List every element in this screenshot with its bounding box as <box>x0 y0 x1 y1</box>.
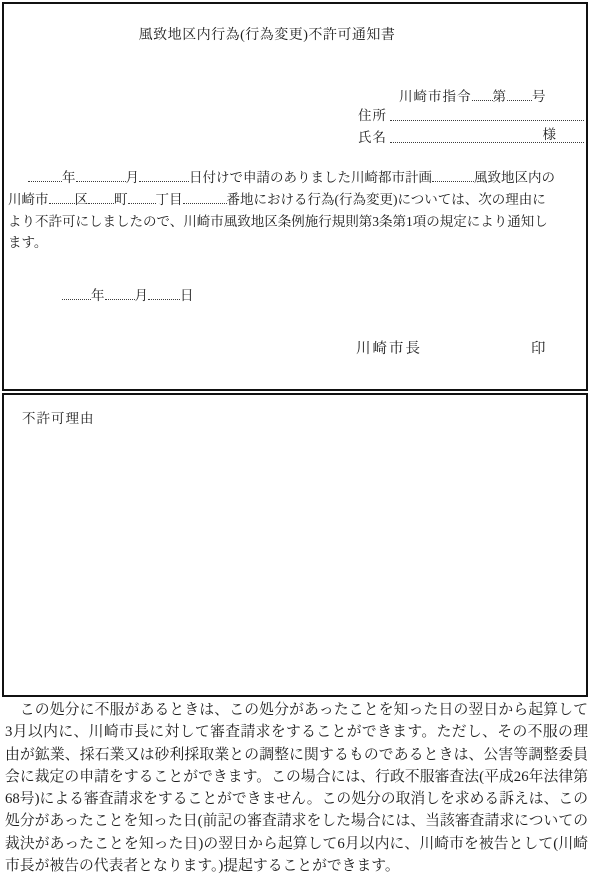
year-char: 年 <box>62 170 76 185</box>
town-char: 町 <box>114 192 128 207</box>
application-month-blank <box>76 169 126 182</box>
body-line-4: ます。 <box>8 232 585 254</box>
issue-day-blank <box>148 287 180 300</box>
city-label: 川崎市 <box>8 192 49 207</box>
name-label: 氏名 <box>358 130 387 145</box>
body-paragraph: 年月日付けで申請のありました川崎都市計画風致地区内の 川崎市区町丁目番地における… <box>8 167 585 254</box>
body-line1-text: 日付けで申請のありました川崎都市計画 <box>189 170 432 185</box>
month-char: 月 <box>126 170 140 185</box>
town-blank <box>88 191 114 204</box>
ward-char: 区 <box>75 192 89 207</box>
address-blank <box>390 120 584 121</box>
mayor-label: 川崎市長 <box>356 337 422 358</box>
signature-line: 川崎市長 印 <box>4 337 586 355</box>
body-line-1: 年月日付けで申請のありました川崎都市計画風致地区内の <box>8 167 585 189</box>
address-row: 住所 <box>358 104 584 122</box>
directive-number-blank-2 <box>507 88 532 101</box>
directive-dai-label: 第 <box>493 89 508 104</box>
body-line1-tail: 風致地区内の <box>474 170 555 185</box>
directive-issuer-label: 川崎市指令 <box>399 89 472 104</box>
seal-mark: 印 <box>531 337 546 358</box>
honorific-label: 様 <box>543 123 557 143</box>
issue-month-blank <box>105 287 135 300</box>
issue-date-line: 年月日 <box>62 284 194 304</box>
address-label: 住所 <box>358 108 387 123</box>
reason-label: 不許可理由 <box>22 407 95 427</box>
ward-blank <box>49 191 75 204</box>
chome-blank <box>128 191 156 204</box>
chome-char: 丁目 <box>156 192 183 207</box>
name-row: 氏名 様 <box>358 126 584 144</box>
issue-day-char: 日 <box>180 288 194 303</box>
nonpermission-notice-document: 風致地区内行為(行為変更)不許可通知書 川崎市指令第号 住所 氏名 様 年月日付… <box>0 0 592 878</box>
lot-number-blank <box>183 191 227 204</box>
reason-section: 不許可理由 <box>2 393 588 697</box>
city-plan-name-blank <box>432 169 474 182</box>
document-title: 風致地区内行為(行為変更)不許可通知書 <box>4 24 530 44</box>
body-line2-tail: 番地における行為(行為変更)については、次の理由に <box>227 192 546 207</box>
directive-number-line: 川崎市指令第号 <box>399 85 547 105</box>
issue-year-blank <box>62 287 91 300</box>
application-day-blank <box>139 169 189 182</box>
directive-number-blank-1 <box>472 88 493 101</box>
body-line-2: 川崎市区町丁目番地における行為(行為変更)については、次の理由に <box>8 189 585 211</box>
issue-month-char: 月 <box>135 288 149 303</box>
directive-go-label: 号 <box>532 89 547 104</box>
notice-section: 風致地区内行為(行為変更)不許可通知書 川崎市指令第号 住所 氏名 様 年月日付… <box>2 2 588 391</box>
appeal-note: この処分に不服があるときは、この処分があったことを知った日の翌日から起算して3月… <box>5 699 588 877</box>
application-year-blank <box>28 169 62 182</box>
body-line-3: より不許可にしましたので、川崎市風致地区条例施行規則第3条第1項の規定により通知… <box>8 211 585 233</box>
issue-year-char: 年 <box>91 288 105 303</box>
